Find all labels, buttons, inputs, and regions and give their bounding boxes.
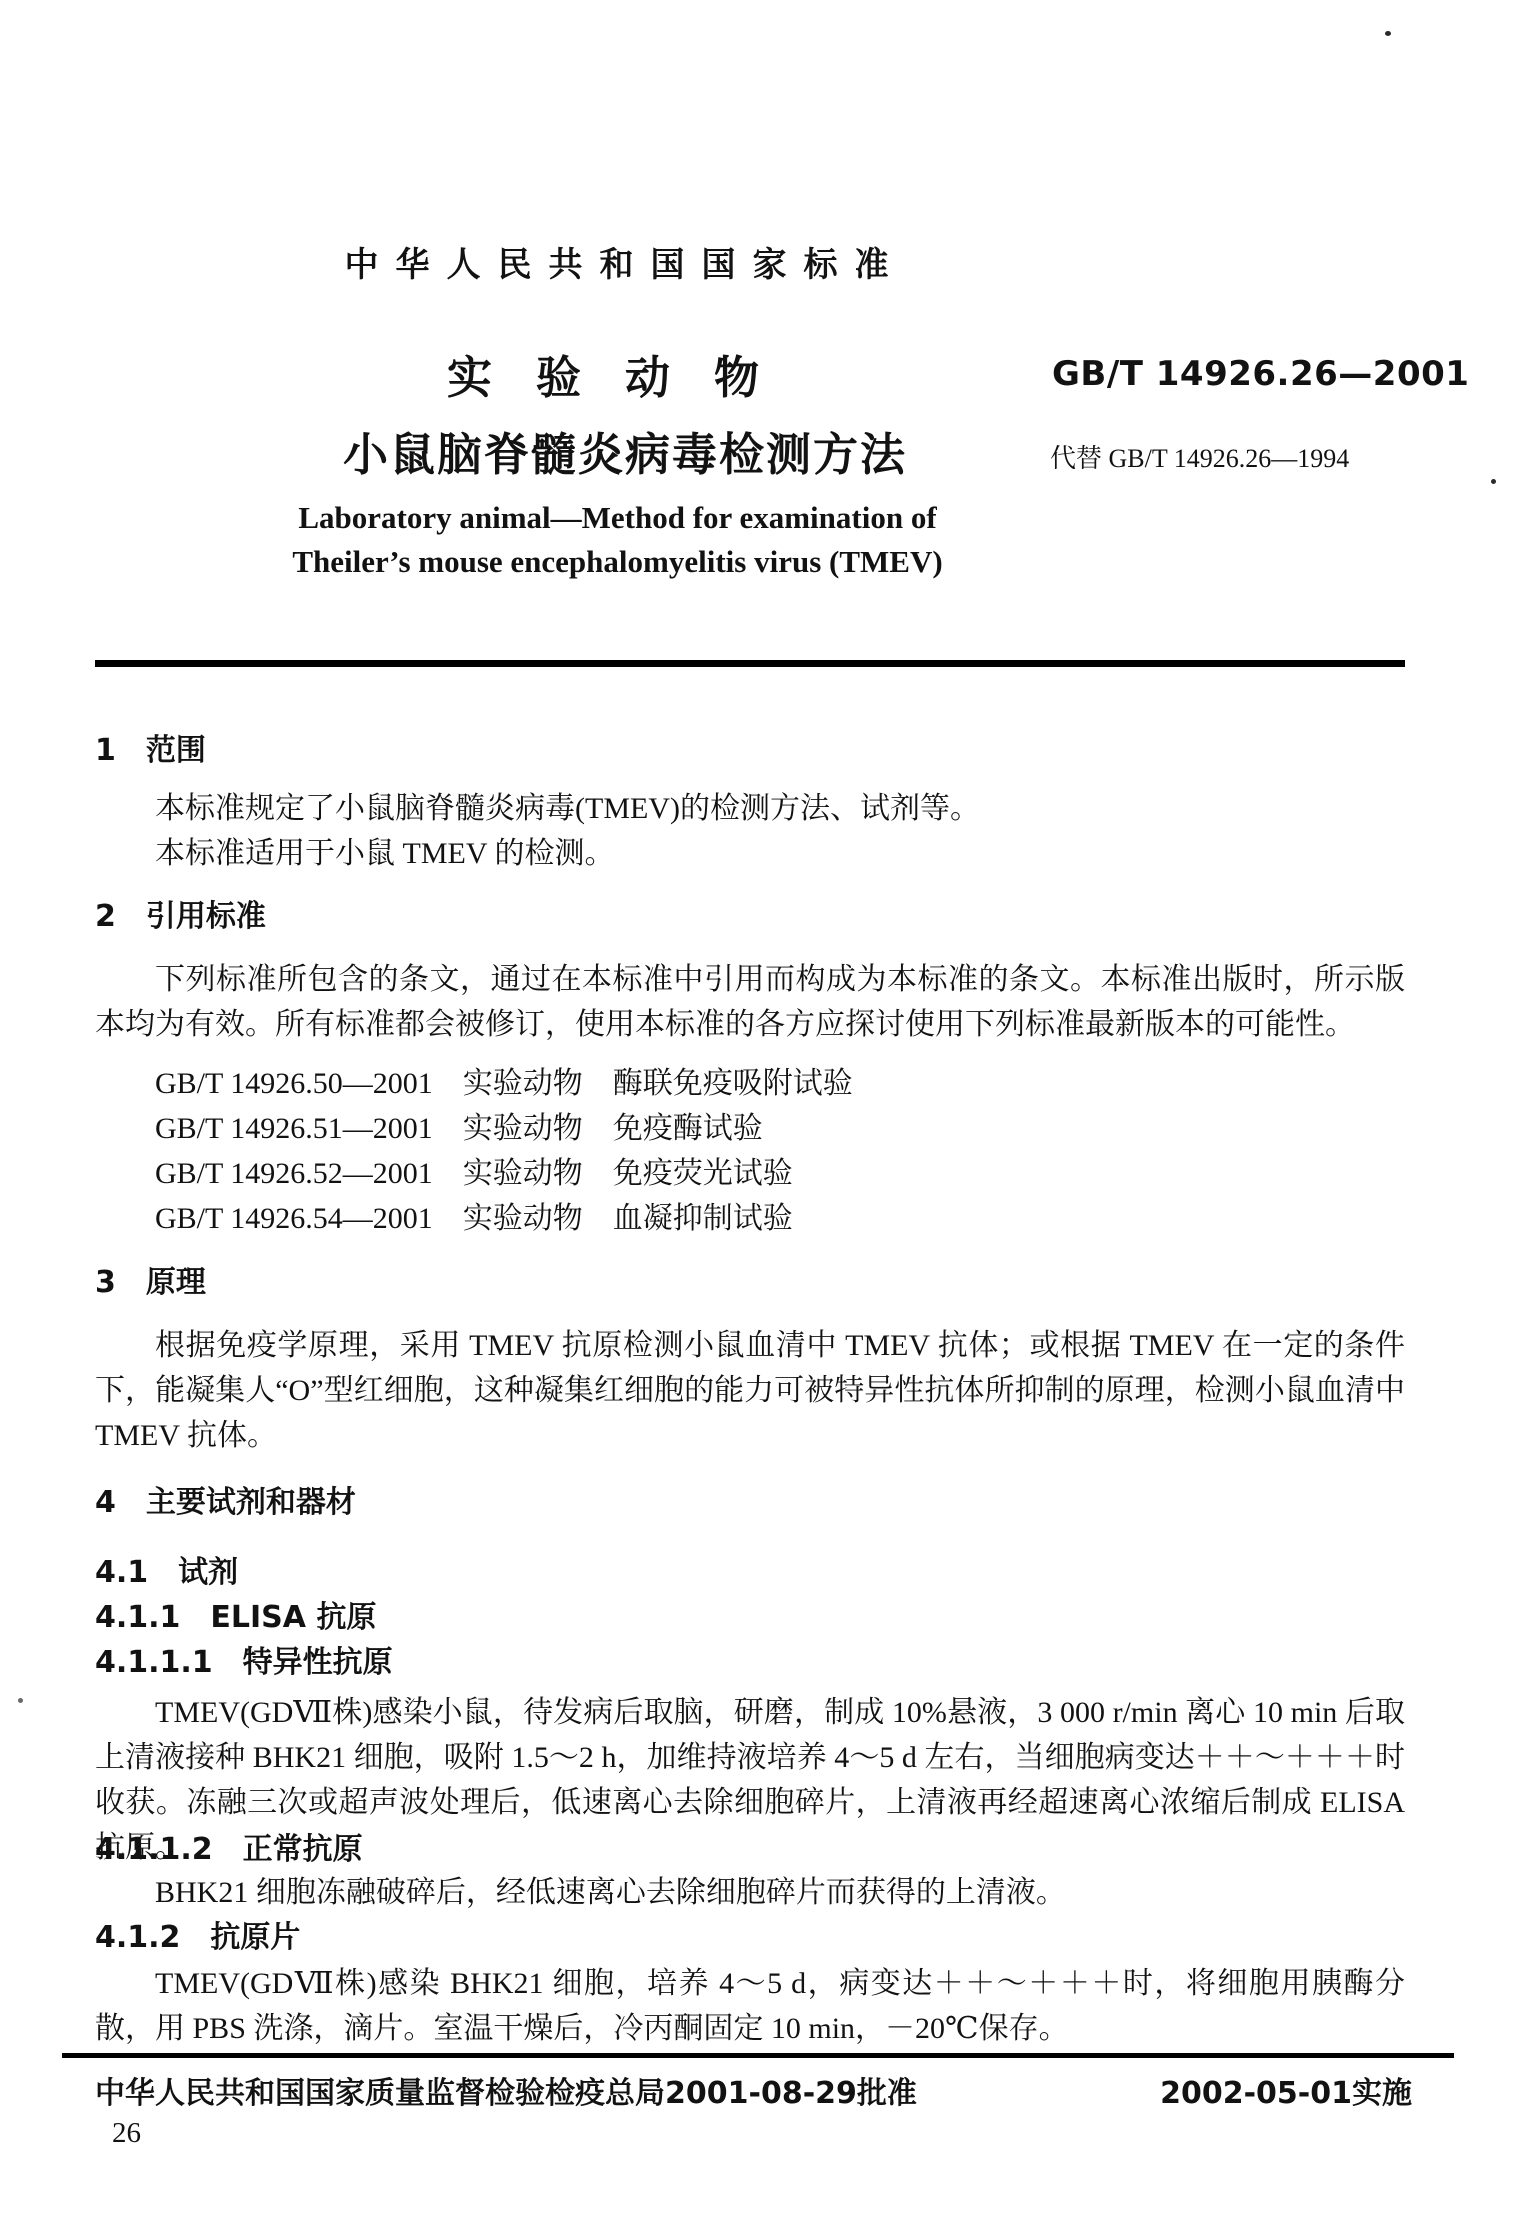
english-title-line1: Laboratory animal—Method for examination… [95, 498, 1140, 538]
section-4-1-1-1-heading: 4.1.1.1 特异性抗原 [95, 1640, 393, 1685]
section-1-paragraph-2: 本标准适用于小鼠 TMEV 的检测。 [95, 831, 1405, 876]
replaces-note: 代替 GB/T 14926.26—1994 [1050, 442, 1349, 476]
section-2-heading: 2 引用标准 [95, 894, 266, 939]
scan-artifact-dot [1385, 31, 1391, 36]
section-1-heading: 1 范围 [95, 728, 206, 773]
referenced-standards-list: GB/T 14926.50—2001 实验动物 酶联免疫吸附试验 GB/T 14… [95, 1061, 853, 1241]
section-3-paragraph-1: 根据免疫学原理，采用 TMEV 抗原检测小鼠血清中 TMEV 抗体；或根据 TM… [95, 1323, 1405, 1458]
approval-statement: 中华人民共和国国家质量监督检验检疫总局2001-08-29批准 [95, 2073, 917, 2115]
section-4-1-1-2-heading: 4.1.1.2 正常抗原 [95, 1827, 363, 1872]
national-standard-label: 中华人民共和国国家标准 [95, 244, 1155, 286]
section-4-1-2-paragraph: TMEV(GDⅦ株)感染 BHK21 细胞，培养 4～5 d，病变达＋＋～＋＋＋… [95, 1961, 1405, 2051]
section-4-1-2-heading: 4.1.2 抗原片 [95, 1915, 300, 1960]
referenced-standard: GB/T 14926.54—2001 实验动物 血凝抑制试验 [95, 1196, 853, 1241]
footer-divider-rule [62, 2053, 1454, 2058]
referenced-standard: GB/T 14926.51—2001 实验动物 免疫酶试验 [95, 1106, 853, 1151]
scan-artifact-dot [18, 1698, 23, 1703]
scan-artifact-dot [1491, 479, 1496, 484]
standard-number: GB/T 14926.26—2001 [1052, 352, 1469, 396]
title-chinese-line1: 实验动物 [95, 350, 1155, 406]
referenced-standard: GB/T 14926.52—2001 实验动物 免疫荧光试验 [95, 1151, 853, 1196]
title-chinese-line2: 小鼠脑脊髓炎病毒检测方法 [95, 426, 1155, 484]
section-4-1-1-2-paragraph: BHK21 细胞冻融破碎后，经低速离心去除细胞碎片而获得的上清液。 [95, 1870, 1405, 1915]
section-4-1-heading: 4.1 试剂 [95, 1550, 238, 1595]
page-number: 26 [112, 2114, 141, 2152]
english-title-line2: Theiler’s mouse encephalomyelitis virus … [95, 542, 1140, 582]
referenced-standard: GB/T 14926.50—2001 实验动物 酶联免疫吸附试验 [95, 1061, 853, 1106]
header-divider-rule [95, 660, 1405, 667]
section-4-heading: 4 主要试剂和器材 [95, 1480, 356, 1525]
section-1-paragraph-1: 本标准规定了小鼠脑脊髓炎病毒(TMEV)的检测方法、试剂等。 [95, 786, 1405, 831]
document-page: 中华人民共和国国家标准 实验动物 GB/T 14926.26—2001 小鼠脑脊… [0, 0, 1516, 2214]
section-4-1-1-heading: 4.1.1 ELISA 抗原 [95, 1595, 376, 1640]
implementation-date: 2002-05-01实施 [1160, 2073, 1412, 2115]
section-2-paragraph-1: 下列标准所包含的条文，通过在本标准中引用而构成为本标准的条文。本标准出版时，所示… [95, 957, 1405, 1047]
section-3-heading: 3 原理 [95, 1260, 206, 1305]
